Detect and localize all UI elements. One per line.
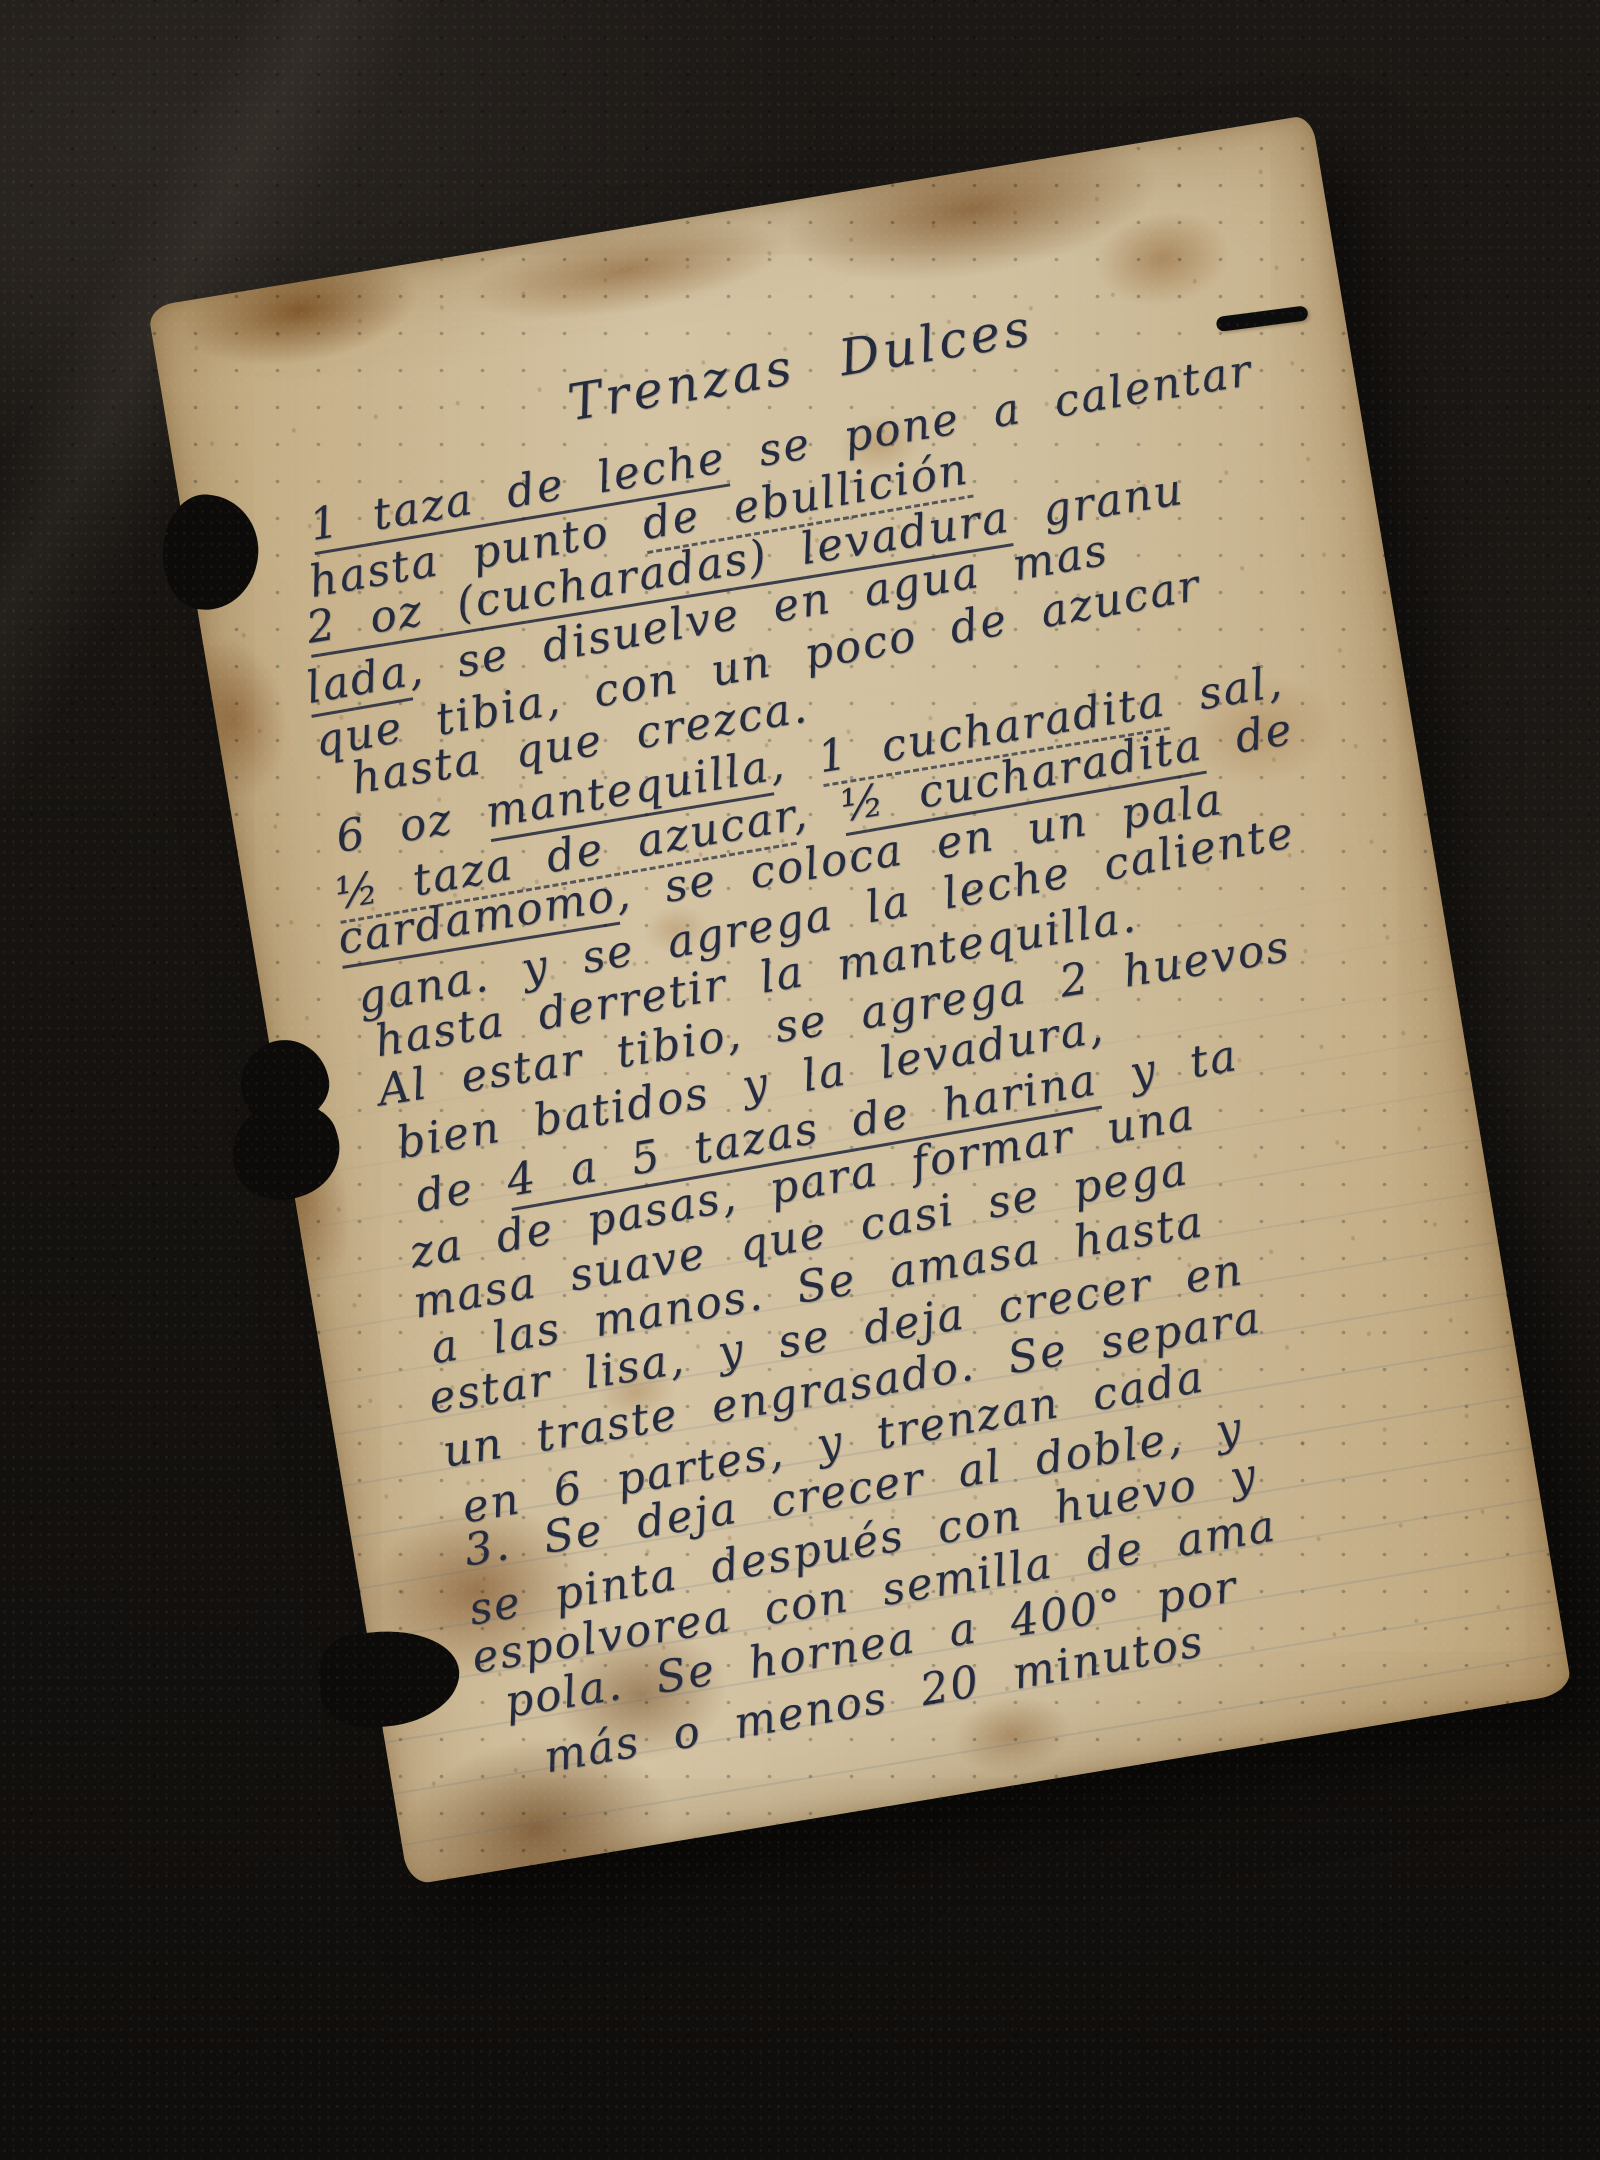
phrase: bien batidos y la levadura, <box>393 1002 1108 1169</box>
recipe-line: de 4 a 5 tazas de harina y ta <box>412 998 1426 1224</box>
recipe-line: 6 oz mantequilla, 1 cucharadita sal, <box>332 643 1367 864</box>
recipe-line: Al estar tibio, se agrega 2 huevos <box>374 902 1409 1117</box>
recipe-line: masa suave que casi se pega <box>409 1101 1443 1330</box>
torn-hole-middle <box>234 1033 335 1131</box>
underlined-phrase: 2 oz <box>303 580 461 658</box>
underlined-phrase: 1 taza de leche <box>306 432 730 555</box>
phrase: sal, <box>1161 656 1287 726</box>
recipe-line: 2 oz (cucharadas) levadura granu <box>303 441 1333 655</box>
recipe-line: más o menos 20 minutos <box>540 1560 1519 1784</box>
recipe-line: hasta derretir la mantequilla. <box>371 848 1401 1068</box>
recipe-title: Trenzas Dulces <box>564 254 1304 432</box>
underlined-phrase: de ebullición <box>638 443 973 554</box>
underlined-phrase: mantequilla <box>482 741 774 842</box>
recipe-line: ½ taza de azucar, ½ cucharadita de <box>331 690 1374 921</box>
torn-hole-middle-lower <box>220 1090 351 1213</box>
phrase: gana. y se agrega la leche caliente <box>354 807 1299 1024</box>
phrase: hasta derretir la mantequilla. <box>371 891 1140 1067</box>
phrase: en 6 partes, y trenzan cada <box>458 1351 1208 1533</box>
recipe-line: za de pasas, para formar una <box>406 1047 1434 1280</box>
phrase: Al estar tibio, se agrega 2 huevos <box>374 921 1293 1117</box>
photo-background: Trenzas Dulces 1 taza de leche se pone a… <box>0 0 1600 2160</box>
phrase: , <box>788 782 846 841</box>
underlined-phrase: lada <box>302 646 413 718</box>
underlined-phrase: ½ cucharadita <box>837 719 1207 836</box>
phrase: granu <box>1005 464 1187 542</box>
phrase: un traste engrasado. Se separa <box>439 1292 1265 1478</box>
phrase: 3. Se deja crecer al doble, y <box>461 1402 1247 1576</box>
phrase: masa suave que casi se pega <box>409 1144 1192 1329</box>
phrase: estar lisa, y se deja crecer en <box>425 1244 1247 1424</box>
recipe-line: lada, se disuelve en agua mas <box>302 485 1340 715</box>
recipe-line: 1 taza de leche se pone a calentar <box>306 335 1316 552</box>
recipe-line: estar lisa, y se deja crecer en <box>425 1210 1460 1425</box>
torn-notch-bottom <box>315 1625 463 1733</box>
recipe-line: bien batidos y la levadura, <box>393 951 1418 1171</box>
phrase: , <box>765 733 823 791</box>
recipe-line: hasta punto de ebullición <box>305 382 1324 609</box>
phrase: , se coloca en un pala <box>611 774 1226 921</box>
ruled-lines <box>147 114 1572 1885</box>
phrase: se pinta después con huevo y <box>465 1449 1261 1636</box>
phrase: hasta que crezca. <box>348 682 812 805</box>
phrase: espolvorea con semilla de ama <box>468 1500 1280 1683</box>
underlined-phrase: 1 cucharadita <box>814 675 1170 787</box>
phrase: que tibia, con un poco de azucar <box>311 560 1205 768</box>
recipe-line: en 6 partes, y trenzan cada <box>458 1304 1476 1535</box>
underlined-phrase: cardamomo <box>334 870 620 968</box>
recipe-line: cardamomo, se coloca en un pala <box>334 749 1384 966</box>
phrase: , se disuelve en agua mas <box>404 525 1113 697</box>
phrase: hasta punto <box>305 500 647 608</box>
underlined-phrase: ½ taza de azucar <box>331 791 797 924</box>
ink-mark <box>1216 305 1309 332</box>
recipe-line: hasta que crezca. <box>348 595 1359 806</box>
recipe-line: 3. Se deja crecer al doble, y <box>461 1364 1486 1577</box>
phrase: más o menos 20 minutos <box>540 1616 1208 1784</box>
phrase: de <box>412 1157 512 1223</box>
underlined-phrase: (cucharadas) levadura <box>453 492 1014 634</box>
phrase: se pone a calentar <box>721 345 1256 483</box>
recipe-line: gana. y se agrega la leche caliente <box>354 790 1392 1024</box>
underlined-phrase: 4 a 5 tazas de harina <box>503 1054 1102 1211</box>
recipe-content: Trenzas Dulces 1 taza de leche se pone a… <box>147 114 1572 1885</box>
recipe-line: espolvorea con semilla de ama <box>468 1464 1503 1685</box>
phrase: a las manos. Se amasa hasta <box>427 1196 1207 1374</box>
phrase: pola. Se hornea a 400° por <box>501 1561 1241 1728</box>
recipe-line: que tibia, con un poco de azucar <box>311 534 1349 768</box>
phrase: za de pasas, para formar una <box>406 1089 1199 1279</box>
recipe-paper: Trenzas Dulces 1 taza de leche se pone a… <box>147 114 1572 1885</box>
phrase: y ta <box>1093 1030 1242 1105</box>
phrase: de <box>1198 704 1298 770</box>
recipe-line: a las manos. Se amasa hasta <box>427 1156 1452 1376</box>
phrase: 6 oz <box>332 788 490 863</box>
recipe-line: un traste engrasado. Se separa <box>439 1258 1469 1478</box>
torn-hole-top <box>159 491 263 613</box>
recipe-body: 1 taza de leche se pone a calentarhasta … <box>252 335 1520 1792</box>
recipe-line: se pinta después con huevo y <box>465 1408 1494 1636</box>
recipe-line: pola. Se hornea a 400° por <box>501 1518 1512 1729</box>
